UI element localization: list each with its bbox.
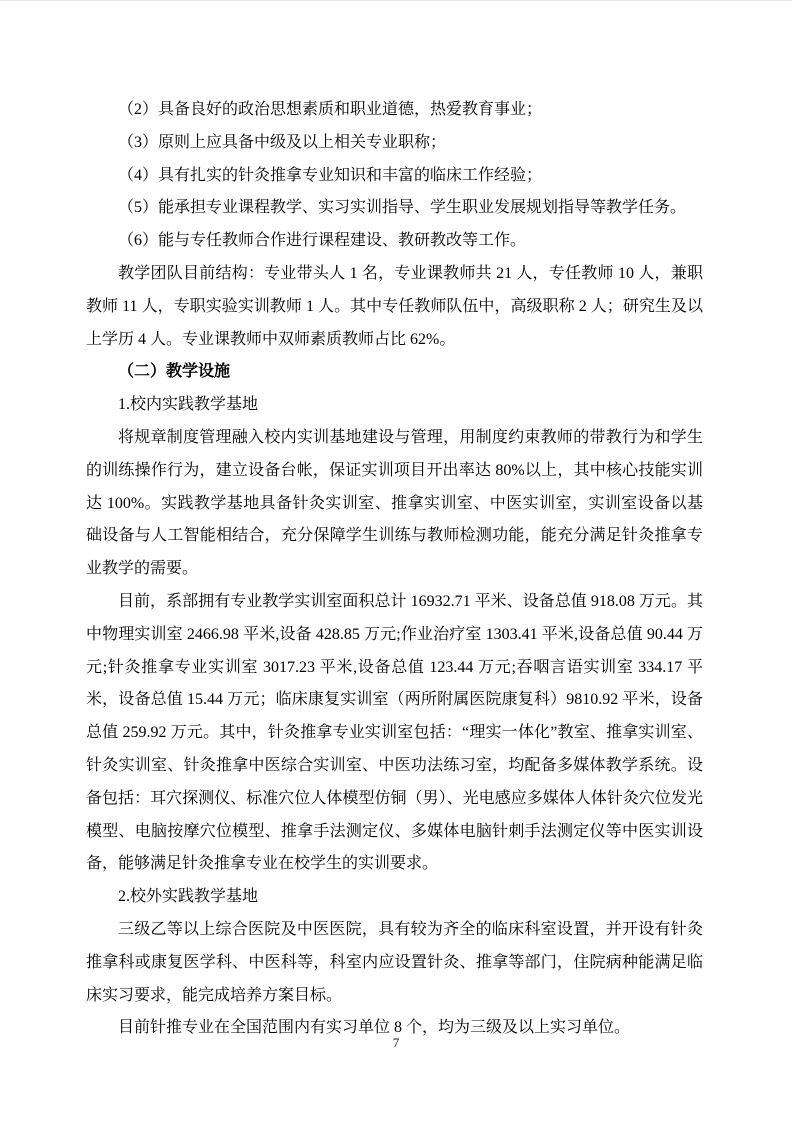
paragraph-offcampus-training-base: 三级乙等以上综合医院及中医医院，具有较为齐全的临床科室设置，并开设有针灸推拿科或…	[86, 914, 703, 1012]
page-number: 7	[0, 1035, 792, 1051]
list-item-qualification-6: （6）能与专任教师合作进行课程建设、教研教改等工作。	[86, 225, 703, 258]
subsection-heading-offcampus-base: 2.校外实践教学基地	[86, 881, 703, 914]
page-body-text: （2）具备良好的政治思想素质和职业道德，热爱教育事业； （3）原则上应具备中级及…	[86, 94, 703, 1045]
list-item-qualification-4: （4）具有扎实的针灸推拿专业知识和丰富的临床工作经验；	[86, 160, 703, 193]
document-page: { "document": { "page_number": "7", "par…	[0, 0, 792, 1121]
paragraph-facilities-detail: 目前，系部拥有专业教学实训室面积总计 16932.71 平米、设备总值 918.…	[86, 586, 703, 881]
list-item-qualification-3: （3）原则上应具备中级及以上相关专业职称；	[86, 127, 703, 160]
list-item-qualification-2: （2）具备良好的政治思想素质和职业道德，热爱教育事业；	[86, 94, 703, 127]
paragraph-campus-training-base: 将规章制度管理融入校内实训基地建设与管理，用制度约束教师的带教行为和学生的训练操…	[86, 422, 703, 586]
list-item-qualification-5: （5）能承担专业课程教学、实习实训指导、学生职业发展规划指导等教学任务。	[86, 192, 703, 225]
subsection-heading-campus-base: 1.校内实践教学基地	[86, 389, 703, 422]
section-heading-teaching-facilities: （二）教学设施	[86, 356, 703, 389]
paragraph-team-structure: 教学团队目前结构：专业带头人 1 名，专业课教师共 21 人，专任教师 10 人…	[86, 258, 703, 356]
